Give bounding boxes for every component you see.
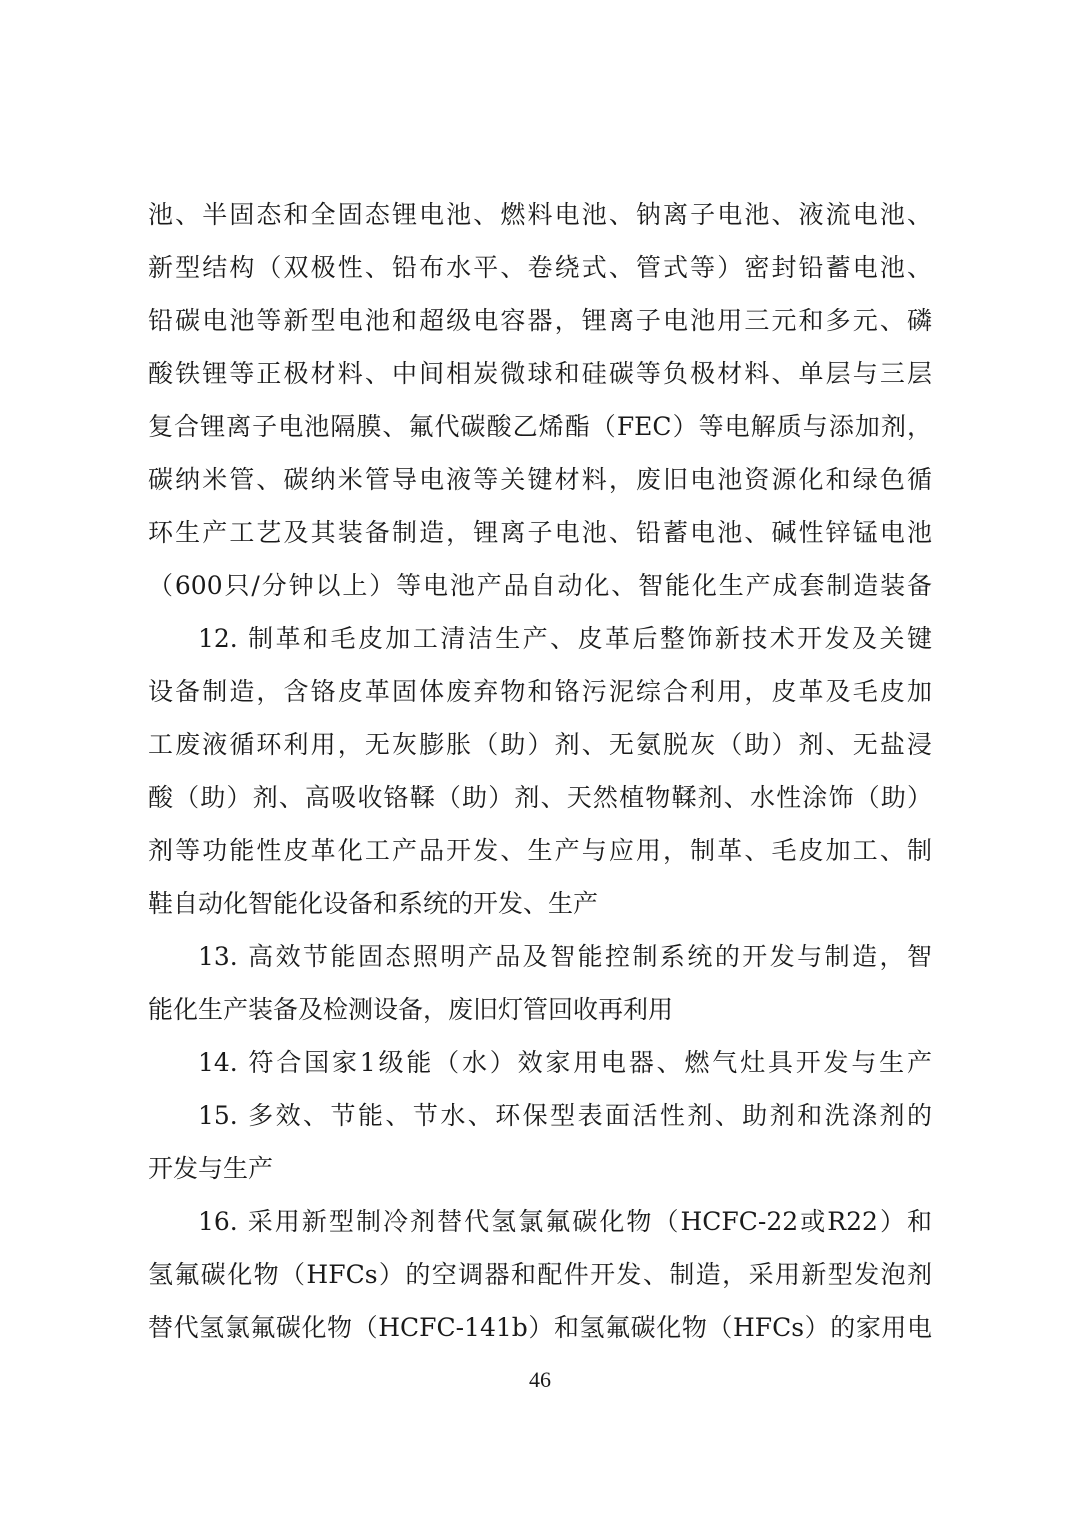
text-line: 复合锂离子电池隔膜、氟代碳酸乙烯酯（FEC）等电解质与添加剂， [148,407,932,447]
item-15-heading-line: 15. 多效、节能、节水、环保型表面活性剂、助剂和洗涤剂的 [198,1096,932,1136]
document-page: 池、半固态和全固态锂电池、燃料电池、钠离子电池、液流电池、 新型结构（双极性、铅… [0,0,1080,1527]
text-line: 碳纳米管、碳纳米管导电液等关键材料，废旧电池资源化和绿色循 [148,460,932,500]
text-line: 剂等功能性皮革化工产品开发、生产与应用，制革、毛皮加工、制 [148,831,932,871]
text-line: （600只/分钟以上）等电池产品自动化、智能化生产成套制造装备 [148,566,932,606]
text-line: 氢氟碳化物（HFCs）的空调器和配件开发、制造，采用新型发泡剂 [148,1255,932,1295]
item-16-heading-line: 16. 采用新型制冷剂替代氢氯氟碳化物（HCFC-22或R22）和 [198,1202,932,1242]
item-13-heading-line: 13. 高效节能固态照明产品及智能控制系统的开发与制造，智 [198,937,932,977]
text-line: 鞋自动化智能化设备和系统的开发、生产 [148,884,932,924]
text-line: 设备制造，含铬皮革固体废弃物和铬污泥综合利用，皮革及毛皮加 [148,672,932,712]
text-line: 铅碳电池等新型电池和超级电容器，锂离子电池用三元和多元、磷 [148,301,932,341]
text-line: 池、半固态和全固态锂电池、燃料电池、钠离子电池、液流电池、 [148,195,932,235]
text-line: 替代氢氯氟碳化物（HCFC-141b）和氢氟碳化物（HFCs）的家用电 [148,1308,932,1348]
text-line: 环生产工艺及其装备制造，锂离子电池、铅蓄电池、碱性锌锰电池 [148,513,932,553]
text-line: 能化生产装备及检测设备，废旧灯管回收再利用 [148,990,932,1030]
text-line: 工废液循环利用，无灰膨胀（助）剂、无氨脱灰（助）剂、无盐浸 [148,725,932,765]
text-line: 新型结构（双极性、铅布水平、卷绕式、管式等）密封铅蓄电池、 [148,248,932,288]
text-line: 开发与生产 [148,1149,932,1189]
text-line: 酸铁锂等正极材料、中间相炭微球和硅碳等负极材料、单层与三层 [148,354,932,394]
item-12-heading-line: 12. 制革和毛皮加工清洁生产、皮革后整饰新技术开发及关键 [198,619,932,659]
page-number: 46 [0,1367,1080,1393]
item-14-heading-line: 14. 符合国家1级能（水）效家用电器、燃气灶具开发与生产 [198,1043,932,1083]
text-line: 酸（助）剂、高吸收铬鞣（助）剂、天然植物鞣剂、水性涂饰（助） [148,778,932,818]
